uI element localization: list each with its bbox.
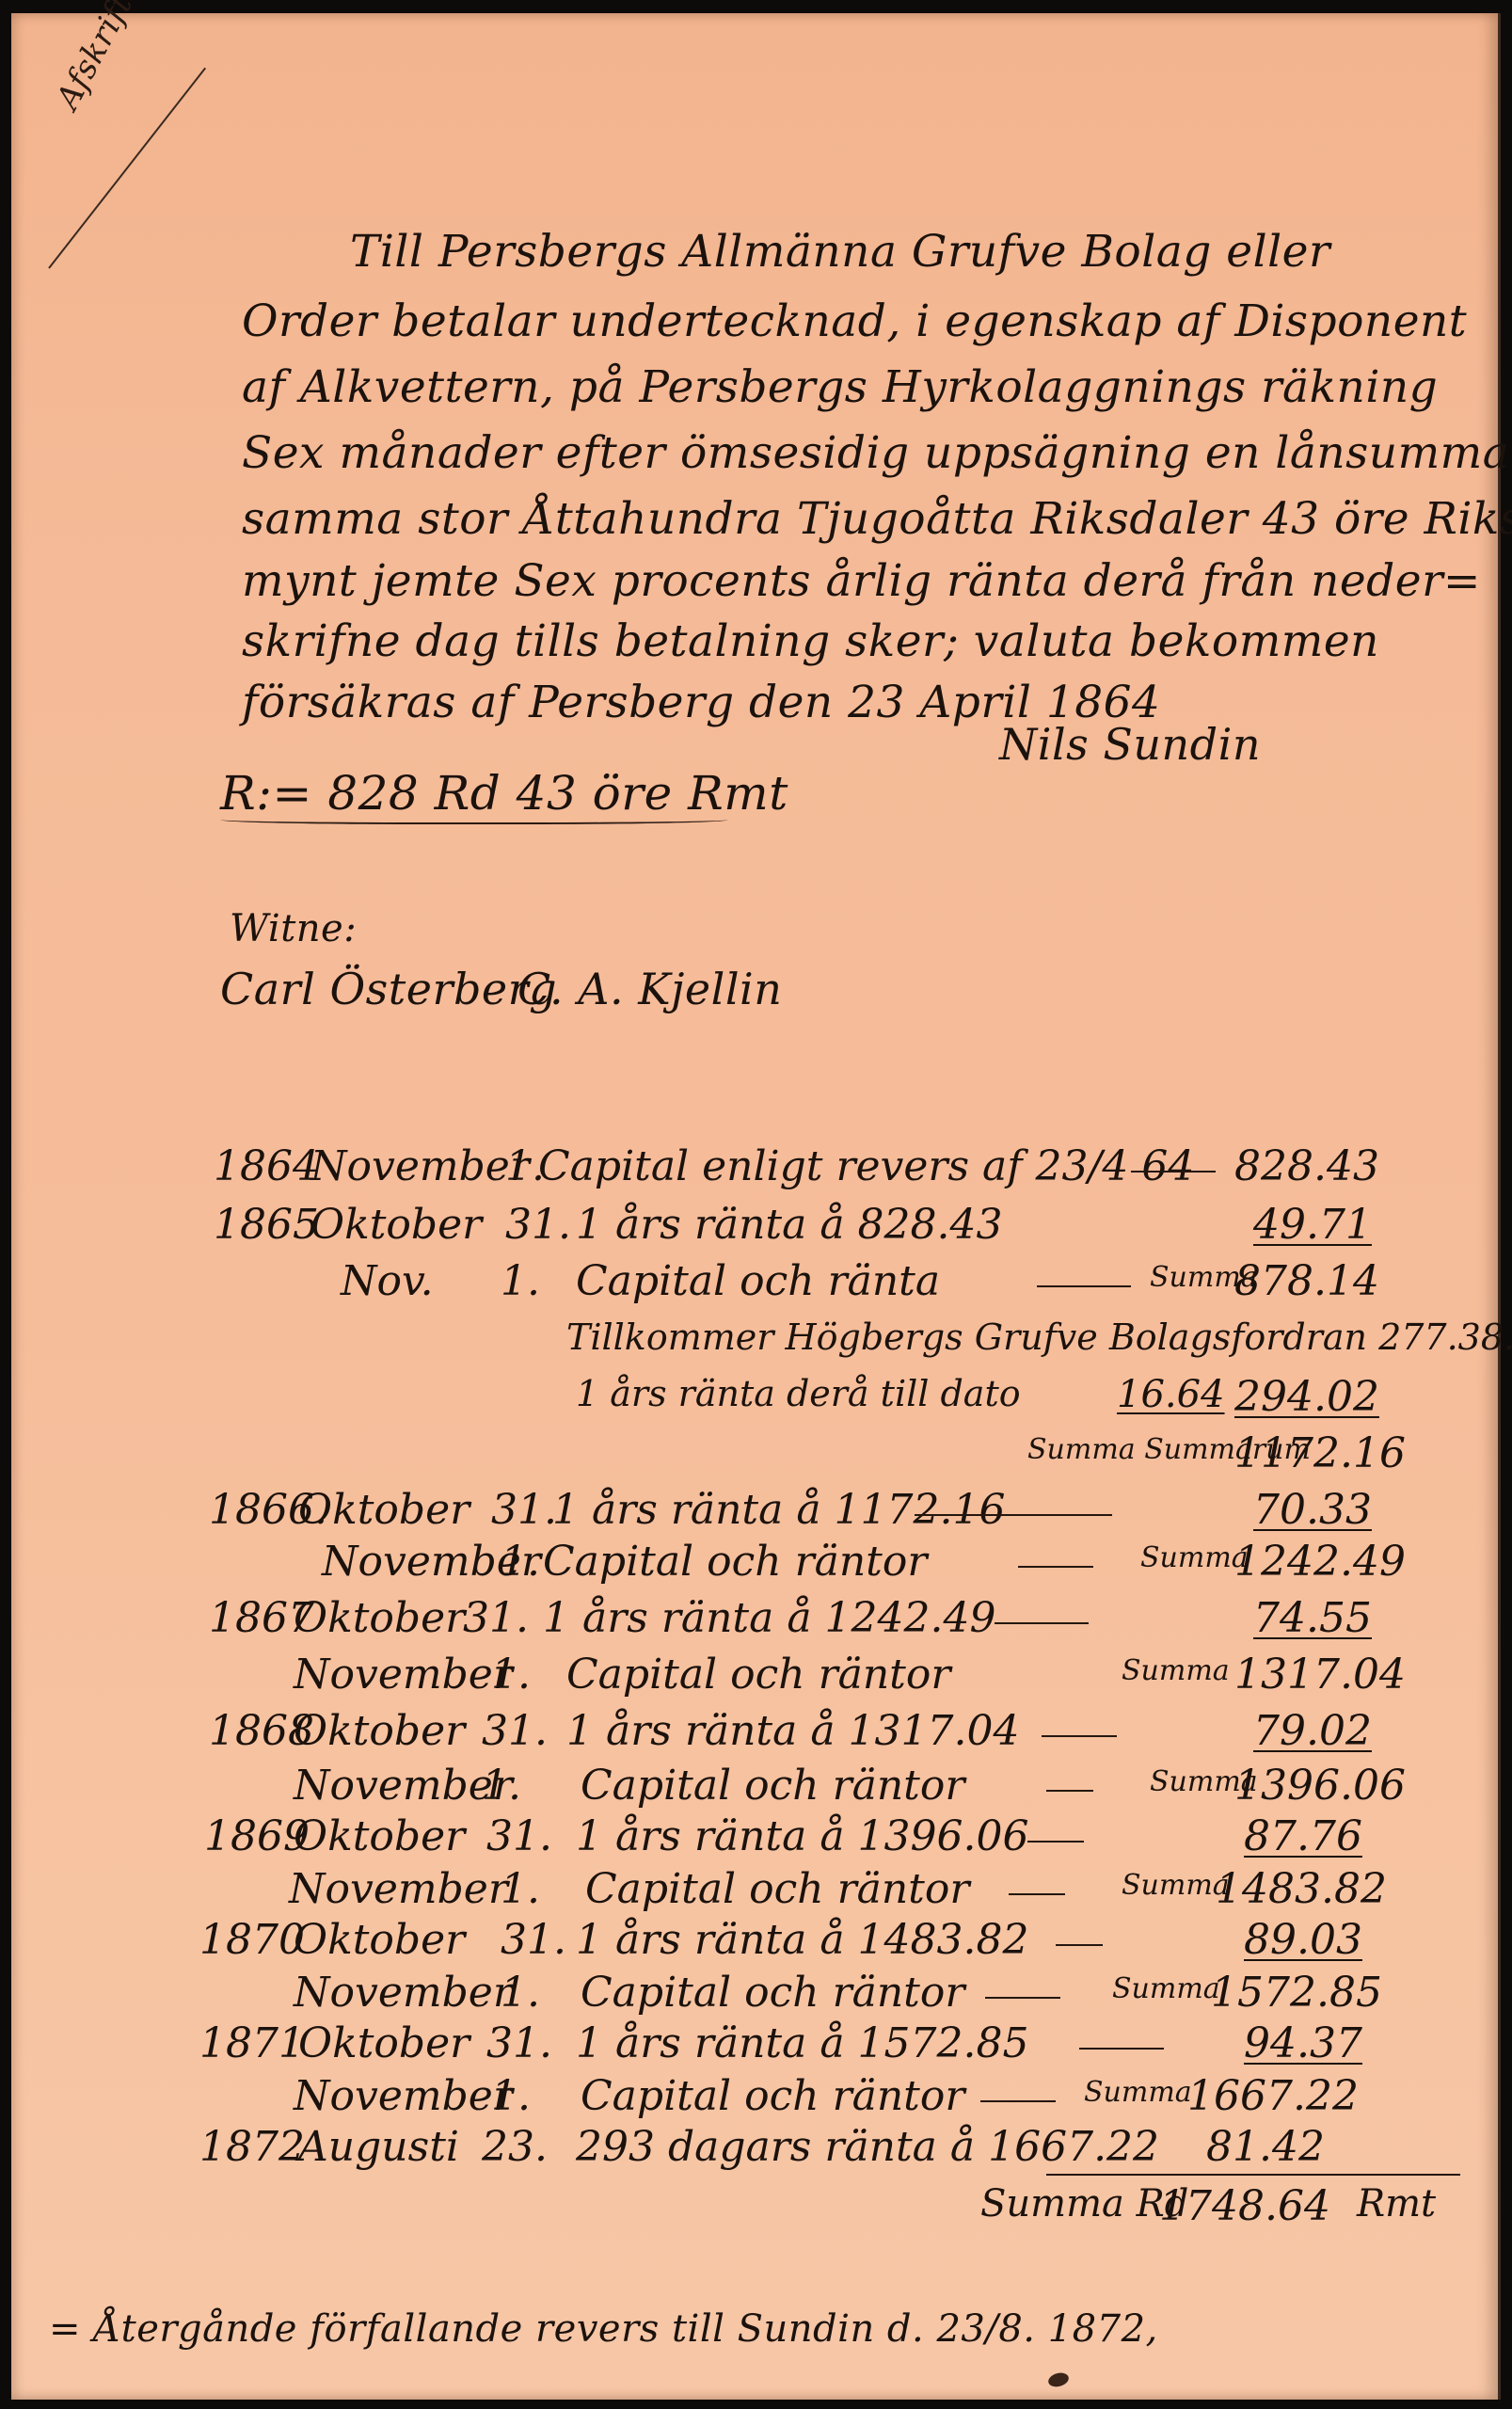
body-line-7: skrifne dag tills betalning sker; valuta…: [242, 615, 1379, 667]
ledger-amount: 1396.06: [1234, 1762, 1406, 1810]
ledger-amount: 1667.22: [1187, 2072, 1359, 2120]
leader-dash: [1056, 1944, 1103, 1946]
ledger-amount: 828.43: [1234, 1142, 1379, 1190]
grand-total-unit: Rmt: [1357, 2182, 1436, 2226]
ledger-month: Oktober: [294, 1916, 465, 1964]
ledger-description: Tillkommer Högbergs Grufve Bolagsfordran…: [566, 1316, 1512, 1358]
ledger-amount: 294.02: [1234, 1373, 1379, 1421]
ledger-amount: 89.03: [1244, 1916, 1362, 1964]
ledger-amount: 74.55: [1253, 1594, 1372, 1642]
total-rule: [1046, 2174, 1460, 2176]
ledger-description: Capital och räntor: [585, 1865, 969, 1913]
ledger-row: November 1. Capital och räntor Summa 139…: [11, 1762, 1498, 1818]
ledger-day: 31.: [505, 1201, 571, 1249]
ledger-description: Capital och räntor: [581, 1762, 964, 1810]
leader-dash: [1018, 1566, 1093, 1568]
ledger-row: November 1. Capital och räntor Summa 131…: [11, 1651, 1498, 1707]
ledger-summa-label: Summa: [1122, 1654, 1230, 1687]
ledger-description: 1 års ränta å 1242.49: [543, 1594, 996, 1642]
body-line-6: mynt jemte Sex procents årlig ränta derå…: [242, 555, 1481, 607]
ledger-row: November 1. Capital och räntor Summa 157…: [11, 1969, 1498, 2025]
ledger-row: 1868 Oktober 31. 1 års ränta å 1317.04 7…: [11, 1707, 1498, 1763]
ledger-month: Oktober: [298, 1486, 470, 1534]
ledger-year: 1871: [199, 2019, 305, 2067]
ledger-row: November 1. Capital och räntor Summa 166…: [11, 2072, 1498, 2129]
ledger-month: Oktober: [294, 1594, 465, 1642]
ledger-summa-label: Summa: [1084, 2076, 1192, 2109]
body-line-4: Sex månader efter ömsesidig uppsägning e…: [242, 427, 1509, 479]
ledger-amount: 81.42: [1206, 2123, 1325, 2171]
grand-total-amount: 1748.64: [1159, 2182, 1330, 2230]
leader-dash: [1009, 1893, 1065, 1895]
ledger-row: 1 års ränta derå till dato 16.64 294.02: [11, 1373, 1498, 1429]
ledger-amount: 1317.04: [1234, 1651, 1406, 1699]
ledger-amount: 70.33: [1253, 1486, 1372, 1534]
ledger-description: 1 års ränta å 1172.16: [552, 1486, 1006, 1534]
ledger-row: 1865 Oktober 31. 1 års ränta å 828.43 49…: [11, 1201, 1498, 1257]
ledger-amount: 79.02: [1253, 1707, 1372, 1755]
ledger-row: 1872 Augusti 23. 293 dagars ränta å 1667…: [11, 2123, 1498, 2179]
ledger-summa-label: Summa: [1112, 1972, 1220, 2005]
ledger-row: November 1. Capital och räntor Summa 124…: [11, 1538, 1498, 1594]
ledger-row: Summa Summarum 1172.16: [11, 1429, 1498, 1486]
leader-dash: [980, 2100, 1056, 2102]
ledger-month: Nov.: [341, 1257, 434, 1305]
ledger-description: Capital och räntor: [581, 2072, 964, 2120]
ledger-day: 1.: [501, 1538, 540, 1586]
leader-dash: [1131, 1171, 1216, 1173]
ledger-row: Tillkommer Högbergs Grufve Bolagsfordran…: [11, 1316, 1498, 1373]
body-line-2: Order betalar undertecknad, i egenskap a…: [242, 295, 1467, 347]
ledger-description: 1 års ränta derå till dato: [576, 1373, 1021, 1414]
ledger-description: Capital och räntor: [581, 1969, 964, 2017]
ledger-amount: 87.76: [1244, 1812, 1362, 1860]
ledger-year: 1864: [214, 1142, 319, 1190]
ledger-row: 1866. Oktober 31. 1 års ränta å 1172.16 …: [11, 1486, 1498, 1542]
leader-dash: [1027, 1841, 1084, 1843]
ledger-row: 1871 Oktober 31. 1 års ränta å 1572.85 9…: [11, 2019, 1498, 2076]
ledger-month: November: [294, 1762, 513, 1810]
ledger-month: November: [294, 1969, 513, 2017]
leader-dash: [1042, 1735, 1117, 1737]
ledger-row: 1864 November 1. Capital enligt revers a…: [11, 1142, 1498, 1199]
ledger-year: 1872: [199, 2123, 305, 2171]
ledger-month: Oktober: [294, 1812, 465, 1860]
signatory-signature: Nils Sundin: [999, 719, 1261, 770]
ledger-day: 1.: [482, 1762, 521, 1810]
witnesses-label: Witne:: [230, 907, 357, 950]
body-line-5: samma stor Åttahundra Tjugoåtta Riksdale…: [242, 493, 1512, 545]
ledger-summa-label: Summa: [1122, 1869, 1230, 1902]
ink-blot: [1047, 2370, 1071, 2388]
ledger-day: 31.: [482, 1707, 548, 1755]
ledger-description: 293 dagars ränta å 1667.22: [576, 2123, 1159, 2171]
ledger-year: 1865: [214, 1201, 319, 1249]
leader-dash: [995, 1622, 1089, 1624]
ledger-row: 1867 Oktober 31. 1 års ränta å 1242.49 7…: [11, 1594, 1498, 1651]
ledger-description: Capital enligt revers af 23/4 64: [538, 1142, 1194, 1190]
leader-dash: [1037, 1285, 1131, 1287]
witness-signature-1: Carl Österberg: [220, 964, 557, 1014]
ledger-description: Capital och ränta: [576, 1257, 940, 1305]
ledger-day: 1.: [501, 1257, 540, 1305]
ledger-day: 31.: [501, 1916, 566, 1964]
ledger-amount: 878.14: [1234, 1257, 1379, 1305]
ledger-description: Capital och räntor: [543, 1538, 927, 1586]
ledger-amount: 1172.16: [1234, 1429, 1406, 1477]
ledger-description: 1 års ränta å 828.43: [576, 1201, 1003, 1249]
ledger-day: 1.: [501, 1969, 540, 2017]
ledger-amount: 1242.49: [1234, 1538, 1406, 1586]
ledger-day: 1.: [491, 1651, 531, 1699]
leader-dash: [915, 1514, 1112, 1516]
ledger-amount: 1483.82: [1216, 1865, 1387, 1913]
footer-note: = Återgånde förfallande revers till Sund…: [49, 2307, 1158, 2351]
ledger-day: 31.: [486, 2019, 552, 2067]
ledger-month: November: [294, 2072, 513, 2120]
margin-note: Afskrift: [49, 0, 140, 116]
ledger-amount: 49.71: [1253, 1201, 1372, 1249]
body-line-3: af Alkvettern, på Persbergs Hyrkolaggnin…: [242, 361, 1438, 413]
ledger-month: Oktober: [294, 1707, 465, 1755]
ledger-day: 1.: [501, 1865, 540, 1913]
document-page: Afskrift Till Persbergs Allmänna Grufve …: [11, 13, 1501, 2400]
ledger-month: November: [310, 1142, 530, 1190]
ledger-description: 1 års ränta å 1572.85: [576, 2019, 1029, 2067]
ledger-amount: 94.37: [1244, 2019, 1362, 2067]
ledger-day: 31.: [491, 1486, 557, 1534]
ledger-month: Oktober: [310, 1201, 482, 1249]
ledger-sub-amount: 16.64: [1117, 1373, 1225, 1416]
ledger-description: 1 års ränta å 1396.06: [576, 1812, 1029, 1860]
principal-flourish: [220, 813, 728, 824]
leader-dash: [1079, 2048, 1164, 2050]
ledger-day: 23.: [482, 2123, 548, 2171]
leader-dash: [1046, 1790, 1093, 1792]
ledger-month: November: [294, 1651, 513, 1699]
ledger-year: 1870: [199, 1916, 305, 1964]
ledger-description: 1 års ränta å 1483.82: [576, 1916, 1029, 1964]
witness-signature-2: C. A. Kjellin: [517, 964, 782, 1014]
ledger-row: 1870 Oktober 31. 1 års ränta å 1483.82 8…: [11, 1916, 1498, 1972]
ledger-row: Nov. 1. Capital och ränta Summa 878.14: [11, 1257, 1498, 1314]
grand-total-row: Summa Rd 1748.64 Rmt: [11, 2182, 1498, 2239]
ledger-row: November 1. Capital och räntor Summa 148…: [11, 1865, 1498, 1922]
ledger-description: 1 års ränta å 1317.04: [566, 1707, 1020, 1755]
ledger-month: Oktober: [298, 2019, 470, 2067]
ledger-row: 1869 Oktober 31. 1 års ränta å 1396.06 8…: [11, 1812, 1498, 1869]
ledger-summa-label: Summa: [1140, 1541, 1249, 1574]
ledger-month: Augusti: [298, 2123, 459, 2171]
ledger-day: 1.: [491, 2072, 531, 2120]
ledger-month: November: [289, 1865, 508, 1913]
body-line-1: Till Persbergs Allmänna Grufve Bolag ell…: [350, 226, 1330, 278]
grand-total-label: Summa Rd: [980, 2182, 1188, 2226]
leader-dash: [985, 1997, 1060, 1999]
ledger-amount: 1572.85: [1211, 1969, 1382, 2017]
ledger-day: 31.: [486, 1812, 552, 1860]
ledger-day: 31.: [463, 1594, 529, 1642]
ledger-description: Capital och räntor: [566, 1651, 950, 1699]
